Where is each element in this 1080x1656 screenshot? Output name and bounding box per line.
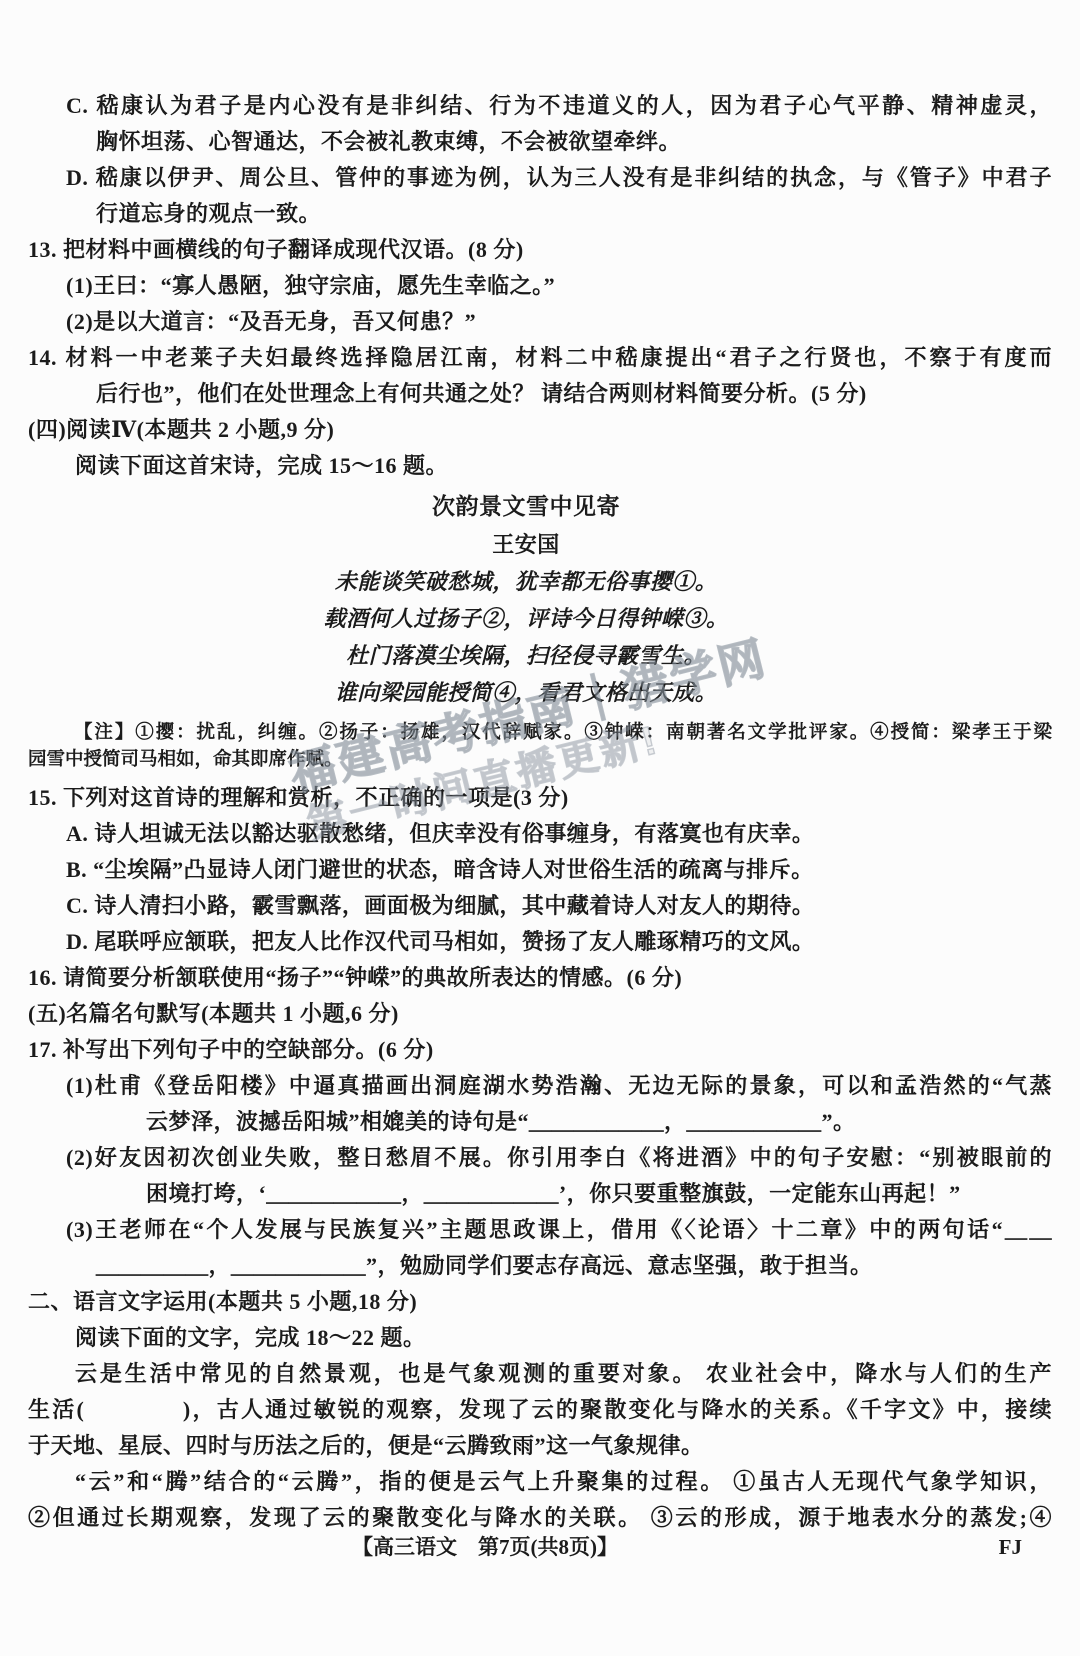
section-5-heading: (五)名篇名句默写(本题共 1 小题,6 分) xyxy=(0,996,1052,1032)
question-17-item-1-line-2: 云梦泽，波撼岳阳城”相媲美的诗句是“＿＿＿＿＿＿，＿＿＿＿＿＿”。 xyxy=(0,1104,1052,1140)
section-4-intro: 阅读下面这首宋诗，完成 15～16 题。 xyxy=(0,448,1052,484)
poem-title: 次韵景文雪中见寄 xyxy=(0,488,1052,526)
question-15-option-d: D. 尾联呼应颔联，把友人比作汉代司马相如，赞扬了友人雕琢精巧的文风。 xyxy=(0,924,1052,960)
question-17-item-3-line-2: ＿＿＿＿＿，＿＿＿＿＿＿”，勉励同学们要志存高远、意志坚强，敢于担当。 xyxy=(0,1248,1052,1284)
question-13-item-2: (2)是以大道言：“及吾无身，吾又何患？” xyxy=(0,304,1052,340)
poem-author: 王安国 xyxy=(0,526,1052,563)
poem-note-line-1: 【注】①撄：扰乱，纠缠。②扬子：扬雄，汉代辞赋家。③钟嵘：南朝著名文学批评家。④… xyxy=(0,720,1052,747)
option-d-line-1: D. 嵇康以伊尹、周公旦、管仲的事迹为例，认为三人没有是非纠结的执念，与《管子》… xyxy=(0,160,1052,196)
question-17-item-1-line-1: (1)杜甫《登岳阳楼》中逼真描画出洞庭湖水势浩瀚、无边无际的景象，可以和孟浩然的… xyxy=(0,1068,1052,1104)
question-17-item-3-line-1: (3)王老师在“个人发展与民族复兴”主题思政课上，借用《〈论语〉十二章》中的两句… xyxy=(0,1212,1052,1248)
passage-paragraph-2-line-2: ②但通过长期观察，发现了云的聚散变化与降水的关联。 ③云的形成，源于地表水分的蒸… xyxy=(0,1500,1052,1536)
option-c-line-2: 胸怀坦荡、心智通达，不会被礼教束缚，不会被欲望牵绊。 xyxy=(0,124,1052,160)
poem-note-line-2: 园雪中授简司马相如，命其即席作赋。 xyxy=(0,747,1052,774)
footer-code: FJ xyxy=(999,1532,1022,1562)
question-15-option-b: B. “尘埃隔”凸显诗人闭门避世的状态，暗含诗人对世俗生活的疏离与排斥。 xyxy=(0,852,1052,888)
question-17-stem: 17. 补写出下列句子中的空缺部分。(6 分) xyxy=(0,1032,1052,1068)
section-2-heading: 二、语言文字运用(本题共 5 小题,18 分) xyxy=(0,1284,1052,1320)
question-17-item-2-line-1: (2)好友因初次创业失败，整日愁眉不展。你引用李白《将进酒》中的句子安慰：“别被… xyxy=(0,1140,1052,1176)
exam-content: C. 嵇康认为君子是内心没有是非纠结、行为不违道义的人，因为君子心气平静、精神虚… xyxy=(0,0,1080,1536)
page-footer: 【高三语文 第7页(共8页)】 FJ xyxy=(0,1532,1080,1562)
question-16-stem: 16. 请简要分析颔联使用“扬子”“钟嵘”的典故所表达的情感。(6 分) xyxy=(0,960,1052,996)
question-17-item-2-line-2: 困境打垮，‘＿＿＿＿＿＿，＿＿＿＿＿＿’，你只要重整旗鼓，一定能东山再起！” xyxy=(0,1176,1052,1212)
exam-paper-page: 福建高考指南｜猎学网 第一时间直播更新! C. 嵇康认为君子是内心没有是非纠结、… xyxy=(0,0,1080,1656)
question-13-stem: 13. 把材料中画横线的句子翻译成现代汉语。(8 分) xyxy=(0,232,1052,268)
poem-line-2: 载酒何人过扬子②，评诗今日得钟嵘③。 xyxy=(0,600,1052,637)
passage-paragraph-1-line-2: 生活( )，古人通过敏锐的观察，发现了云的聚散变化与降水的关系。《千字文》中，接… xyxy=(0,1392,1052,1428)
option-c-line-1: C. 嵇康认为君子是内心没有是非纠结、行为不违道义的人，因为君子心气平静、精神虚… xyxy=(0,88,1052,124)
poem-line-3: 杜门落漠尘埃隔，扫径侵寻霰雪生。 xyxy=(0,637,1052,674)
option-d-line-2: 行道忘身的观点一致。 xyxy=(0,196,1052,232)
footer-page-label: 【高三语文 第7页(共8页)】 xyxy=(0,1532,1080,1562)
question-14-line-1: 14. 材料一中老莱子夫妇最终选择隐居江南，材料二中嵇康提出“君子之行贤也，不察… xyxy=(0,340,1052,376)
question-14-line-2: 后行也”，他们在处世理念上有何共通之处？ 请结合两则材料简要分析。(5 分) xyxy=(0,376,1052,412)
passage-paragraph-2-line-1: “云”和“腾”结合的“云腾”，指的便是云气上升聚集的过程。 ①虽古人无现代气象学… xyxy=(0,1464,1052,1500)
passage-paragraph-1-line-1: 云是生活中常见的自然景观，也是气象观测的重要对象。 农业社会中，降水与人们的生产 xyxy=(0,1356,1052,1392)
question-15-option-c: C. 诗人清扫小路，霰雪飘落，画面极为细腻，其中藏着诗人对友人的期待。 xyxy=(0,888,1052,924)
poem-line-4: 谁向梁园能授简④，看君文格出天成。 xyxy=(0,674,1052,711)
question-13-item-1: (1)王曰：“寡人愚陋，独守宗庙，愿先生幸临之。” xyxy=(0,268,1052,304)
section-2-intro: 阅读下面的文字，完成 18～22 题。 xyxy=(0,1320,1052,1356)
section-4-heading: (四)阅读Ⅳ(本题共 2 小题,9 分) xyxy=(0,412,1052,448)
question-15-stem: 15. 下列对这首诗的理解和赏析，不正确的一项是(3 分) xyxy=(0,780,1052,816)
poem-line-1: 未能谈笑破愁城，犹幸都无俗事撄①。 xyxy=(0,563,1052,600)
question-15-option-a: A. 诗人坦诚无法以豁达驱散愁绪，但庆幸没有俗事缠身，有落寞也有庆幸。 xyxy=(0,816,1052,852)
passage-paragraph-1-line-3: 于天地、星辰、四时与历法之后的，便是“云腾致雨”这一气象规律。 xyxy=(0,1428,1052,1464)
